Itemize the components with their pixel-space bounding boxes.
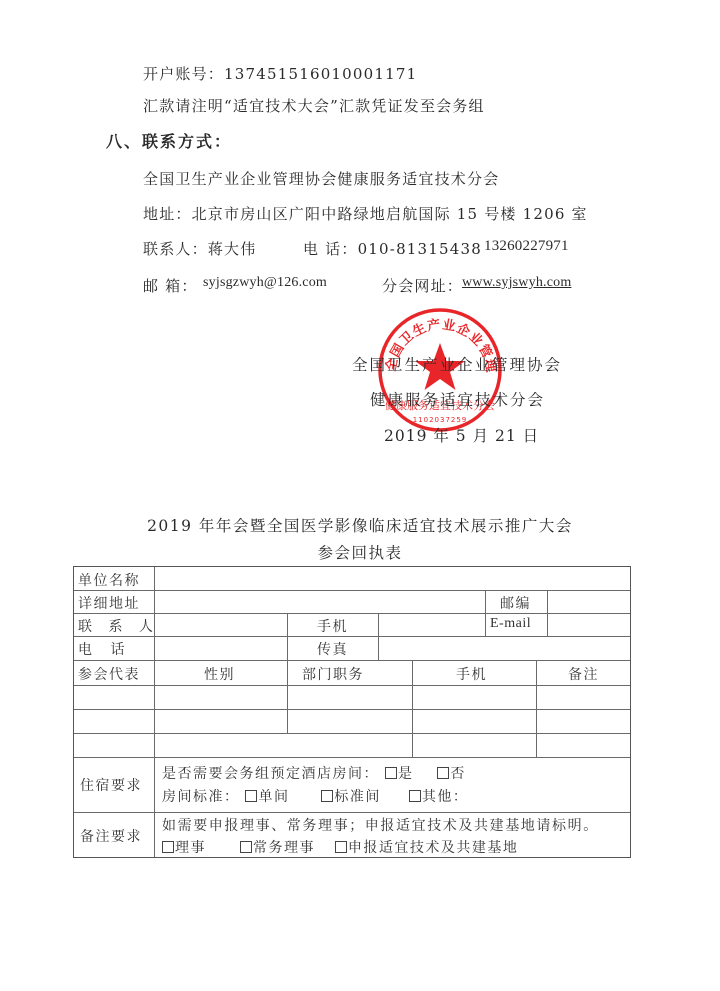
accommodation-question-row: 是否需要会务组预定酒店房间： 是 否	[162, 763, 484, 783]
label-remarks-requirement: 备注要求	[80, 826, 142, 846]
header-remarks: 备注	[568, 664, 599, 684]
postcode-field[interactable]	[552, 593, 628, 611]
header-department: 部门职务	[302, 664, 364, 684]
remittance-note-line: 汇款请注明“适宜技术大会”汇款凭证发至会务组	[143, 95, 485, 116]
contact-person: 联系人：蒋大伟	[143, 238, 256, 259]
option-single[interactable]: 单间	[245, 789, 289, 805]
signature-date: 2019 年 5 月 21 日	[384, 424, 539, 446]
row-divider	[74, 660, 630, 661]
signature-org-line1: 全国卫生产业企业管理协会	[352, 353, 562, 375]
registration-form-table: 单位名称 详细地址 邮编 联 系 人 手机 E-mail 电 话 传真 参会代表…	[73, 566, 631, 858]
row-divider	[74, 685, 630, 686]
delegate-1-remarks[interactable]	[540, 687, 628, 707]
checkbox-icon[interactable]	[321, 790, 333, 802]
option-standard-label: 标准间	[334, 789, 381, 805]
email-field[interactable]	[552, 616, 628, 634]
email-label: 邮 箱：	[143, 275, 198, 296]
form-title: 2019 年年会暨全国医学影像临床适宜技术展示推广大会	[0, 514, 720, 536]
remarks-instruction: 如需要申报理事、常务理事；申报适宜技术及共建基地请标明。	[162, 815, 599, 835]
label-phone: 电 话	[78, 639, 131, 659]
address-line: 地址：北京市房山区广阳中路绿地启航国际 15 号楼 1206 室	[143, 203, 588, 224]
remarks-options-row: 理事 常务理事 申报适宜技术及共建基地	[162, 837, 536, 857]
option-no-label: 否	[450, 766, 466, 782]
row-divider	[74, 812, 630, 813]
delegate-2-name[interactable]	[76, 711, 152, 731]
svg-text:1102037259: 1102037259	[413, 416, 468, 424]
checkbox-icon[interactable]	[385, 767, 397, 779]
row-divider	[74, 733, 630, 734]
delegate-3-name[interactable]	[76, 735, 152, 755]
label-email: E-mail	[490, 616, 531, 632]
website-label: 分会网址：	[382, 275, 463, 296]
delegate-2-remarks[interactable]	[540, 711, 628, 731]
delegate-3-department[interactable]	[291, 735, 409, 755]
website-link[interactable]: www.syjswyh.com	[462, 275, 571, 291]
delegate-1-department[interactable]	[291, 687, 409, 707]
row-divider	[74, 709, 630, 710]
organization-name: 全国卫生产业企业管理协会健康服务适宜技术分会	[143, 168, 499, 189]
option-apply-technology-label: 申报适宜技术及共建基地	[348, 840, 519, 856]
col-divider	[378, 613, 379, 660]
option-yes-label: 是	[398, 766, 414, 782]
label-fax: 传真	[317, 639, 348, 659]
option-single-label: 单间	[258, 789, 289, 805]
option-director-label: 理事	[175, 840, 206, 856]
option-standing-director-label: 常务理事	[253, 840, 315, 856]
checkbox-icon[interactable]	[240, 841, 252, 853]
option-apply-technology[interactable]: 申报适宜技术及共建基地	[335, 840, 519, 856]
delegate-3-remarks[interactable]	[540, 735, 628, 755]
label-contact: 联 系 人	[78, 616, 159, 636]
label-address: 详细地址	[78, 593, 140, 613]
option-standing-director[interactable]: 常务理事	[240, 840, 315, 856]
col-divider	[154, 567, 155, 857]
contact-field[interactable]	[160, 616, 282, 634]
room-standard-label: 房间标准：	[162, 789, 240, 805]
header-delegate-mobile: 手机	[456, 664, 487, 684]
col-divider	[547, 590, 548, 636]
col-divider	[412, 660, 413, 757]
unit-name-field[interactable]	[160, 570, 624, 588]
col-divider	[485, 590, 486, 636]
mobile-field[interactable]	[384, 616, 480, 634]
contact-heading: 八、联系方式：	[106, 129, 232, 152]
room-standard-row: 房间标准： 单间 标准间 其他：	[162, 786, 486, 806]
label-unit-name: 单位名称	[78, 570, 140, 590]
label-accommodation: 住宿要求	[80, 775, 142, 795]
delegate-2-gender[interactable]	[158, 711, 284, 731]
form-subtitle: 参会回执表	[0, 541, 720, 563]
signature-org-line2: 健康服务适宜技术分会	[370, 388, 545, 410]
row-divider	[74, 636, 630, 637]
address-field[interactable]	[160, 593, 480, 611]
label-mobile: 手机	[317, 616, 348, 636]
row-divider	[74, 757, 630, 758]
email-address[interactable]: syjsgzwyh@126.com	[203, 275, 327, 291]
mobile-number: 13260227971	[484, 238, 569, 255]
checkbox-icon[interactable]	[437, 767, 449, 779]
label-delegates: 参会代表	[78, 664, 140, 684]
checkbox-icon[interactable]	[409, 790, 421, 802]
col-divider	[536, 660, 537, 757]
option-yes[interactable]: 是	[385, 766, 414, 782]
col-divider	[287, 613, 288, 733]
phone-line: 电 话：010-81315438	[303, 238, 482, 259]
delegate-3-mobile[interactable]	[416, 735, 532, 755]
option-director[interactable]: 理事	[162, 840, 206, 856]
label-postcode: 邮编	[500, 593, 531, 613]
option-standard[interactable]: 标准间	[321, 789, 381, 805]
delegate-1-gender[interactable]	[158, 687, 284, 707]
delegate-2-mobile[interactable]	[416, 711, 532, 731]
accommodation-question: 是否需要会务组预定酒店房间：	[162, 766, 379, 782]
delegate-1-name[interactable]	[76, 687, 152, 707]
phone-field[interactable]	[160, 639, 282, 657]
delegate-3-gender[interactable]	[158, 735, 284, 755]
fax-field[interactable]	[384, 639, 624, 657]
option-other-label: 其他：	[422, 789, 469, 805]
option-other[interactable]: 其他：	[409, 789, 469, 805]
checkbox-icon[interactable]	[245, 790, 257, 802]
delegate-2-department[interactable]	[291, 711, 409, 731]
delegate-1-mobile[interactable]	[416, 687, 532, 707]
account-number-line: 开户账号：137451516010001171	[143, 63, 417, 84]
option-no[interactable]: 否	[437, 766, 466, 782]
checkbox-icon[interactable]	[335, 841, 347, 853]
checkbox-icon[interactable]	[162, 841, 174, 853]
header-gender: 性别	[204, 664, 235, 684]
